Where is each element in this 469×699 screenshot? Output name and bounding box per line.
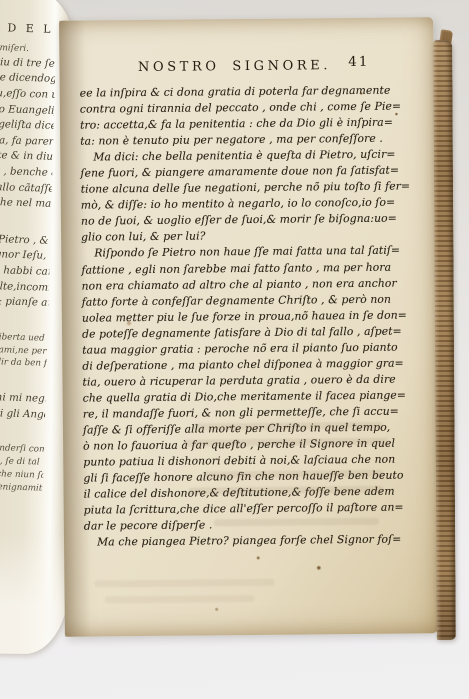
previous-leaf-blank-area bbox=[0, 534, 70, 655]
text-fragment: io benignamit bbox=[0, 480, 43, 495]
text-fragment bbox=[0, 211, 51, 234]
text-fragment: ſta, fa parer che bbox=[0, 133, 53, 150]
show-through bbox=[94, 579, 274, 588]
page-number: 41 bbox=[348, 54, 369, 70]
text-line: Ma che piangea Pietro? piangea forſe che… bbox=[84, 532, 394, 551]
text-fragment: anti gli Angeli, bbox=[0, 406, 45, 423]
text-fragment: ngeliſta dicendo bbox=[0, 117, 54, 134]
text-fragment: pedir da ben fa bbox=[0, 356, 47, 371]
text-fragment: ſe , benche & an bbox=[0, 164, 52, 181]
foxing-spot bbox=[316, 565, 321, 570]
text-line: piuta la ſcrittura,che dice all'eſſer pe… bbox=[84, 500, 394, 519]
text-fragment: nte & in diuerſi bbox=[0, 148, 53, 165]
text-fragment: n Pietro , & Pie bbox=[0, 232, 50, 249]
text-fragment: ſignor Ieſu, che bbox=[0, 247, 50, 264]
text-fragment: gallo cãtaſſe due bbox=[0, 179, 52, 196]
text-fragment: & liberta ued bbox=[0, 331, 47, 346]
previous-page-text: D E L i miſeri.piu di tre ſe nõ chehe di… bbox=[0, 21, 57, 495]
text-fragment: no Euangeliſta bbox=[0, 102, 54, 119]
text-fragment: legami,ne per i bbox=[0, 343, 47, 358]
foxing-spot bbox=[215, 607, 219, 611]
text-fragment: ſu,eſſo con una bbox=[0, 86, 55, 103]
photo-backdrop: D E L i miſeri.piu di tre ſe nõ chehe di… bbox=[0, 0, 469, 699]
foxing-spot bbox=[395, 113, 398, 116]
text-fragment: llo habbi cant bbox=[0, 263, 50, 280]
text-fragment: , chi mi negho bbox=[0, 390, 46, 407]
text-fragment: , & pianſe ama bbox=[0, 294, 49, 311]
fore-edge bbox=[433, 40, 456, 640]
text-block: NOSTRO SIGNORE. 41 ee la inſpira & ci do… bbox=[79, 54, 394, 551]
foxing-spot bbox=[256, 556, 260, 560]
text-fragment bbox=[0, 421, 45, 444]
text-fragment: piu di tre ſe nõ che bbox=[0, 55, 56, 72]
previous-page-running-title: D E L bbox=[4, 21, 56, 36]
text-fragment: intenderſi come bbox=[0, 442, 44, 457]
page-body: ee la inſpira & ci dona gratia di poterl… bbox=[80, 83, 394, 551]
text-fragment bbox=[0, 369, 46, 392]
text-fragment: he dicendogli mol bbox=[0, 70, 55, 87]
text-fragment bbox=[0, 310, 48, 333]
previous-page-fragments: i miſeri.piu di tre ſe nõ chehe dicendog… bbox=[0, 42, 56, 495]
text-fragment: perche niun ſa bbox=[0, 468, 43, 483]
text-fragment: cioè, ſe di tal bbox=[0, 455, 44, 470]
book-page: NOSTRO SIGNORE. 41 ee la inſpira & ci do… bbox=[59, 17, 439, 637]
text-fragment: uolte,incomin bbox=[0, 278, 49, 295]
show-through bbox=[105, 595, 255, 603]
text-fragment: rche nel maggior bbox=[0, 195, 52, 212]
page-header: NOSTRO SIGNORE. 41 bbox=[79, 54, 389, 75]
running-title: NOSTRO SIGNORE. bbox=[138, 58, 331, 75]
